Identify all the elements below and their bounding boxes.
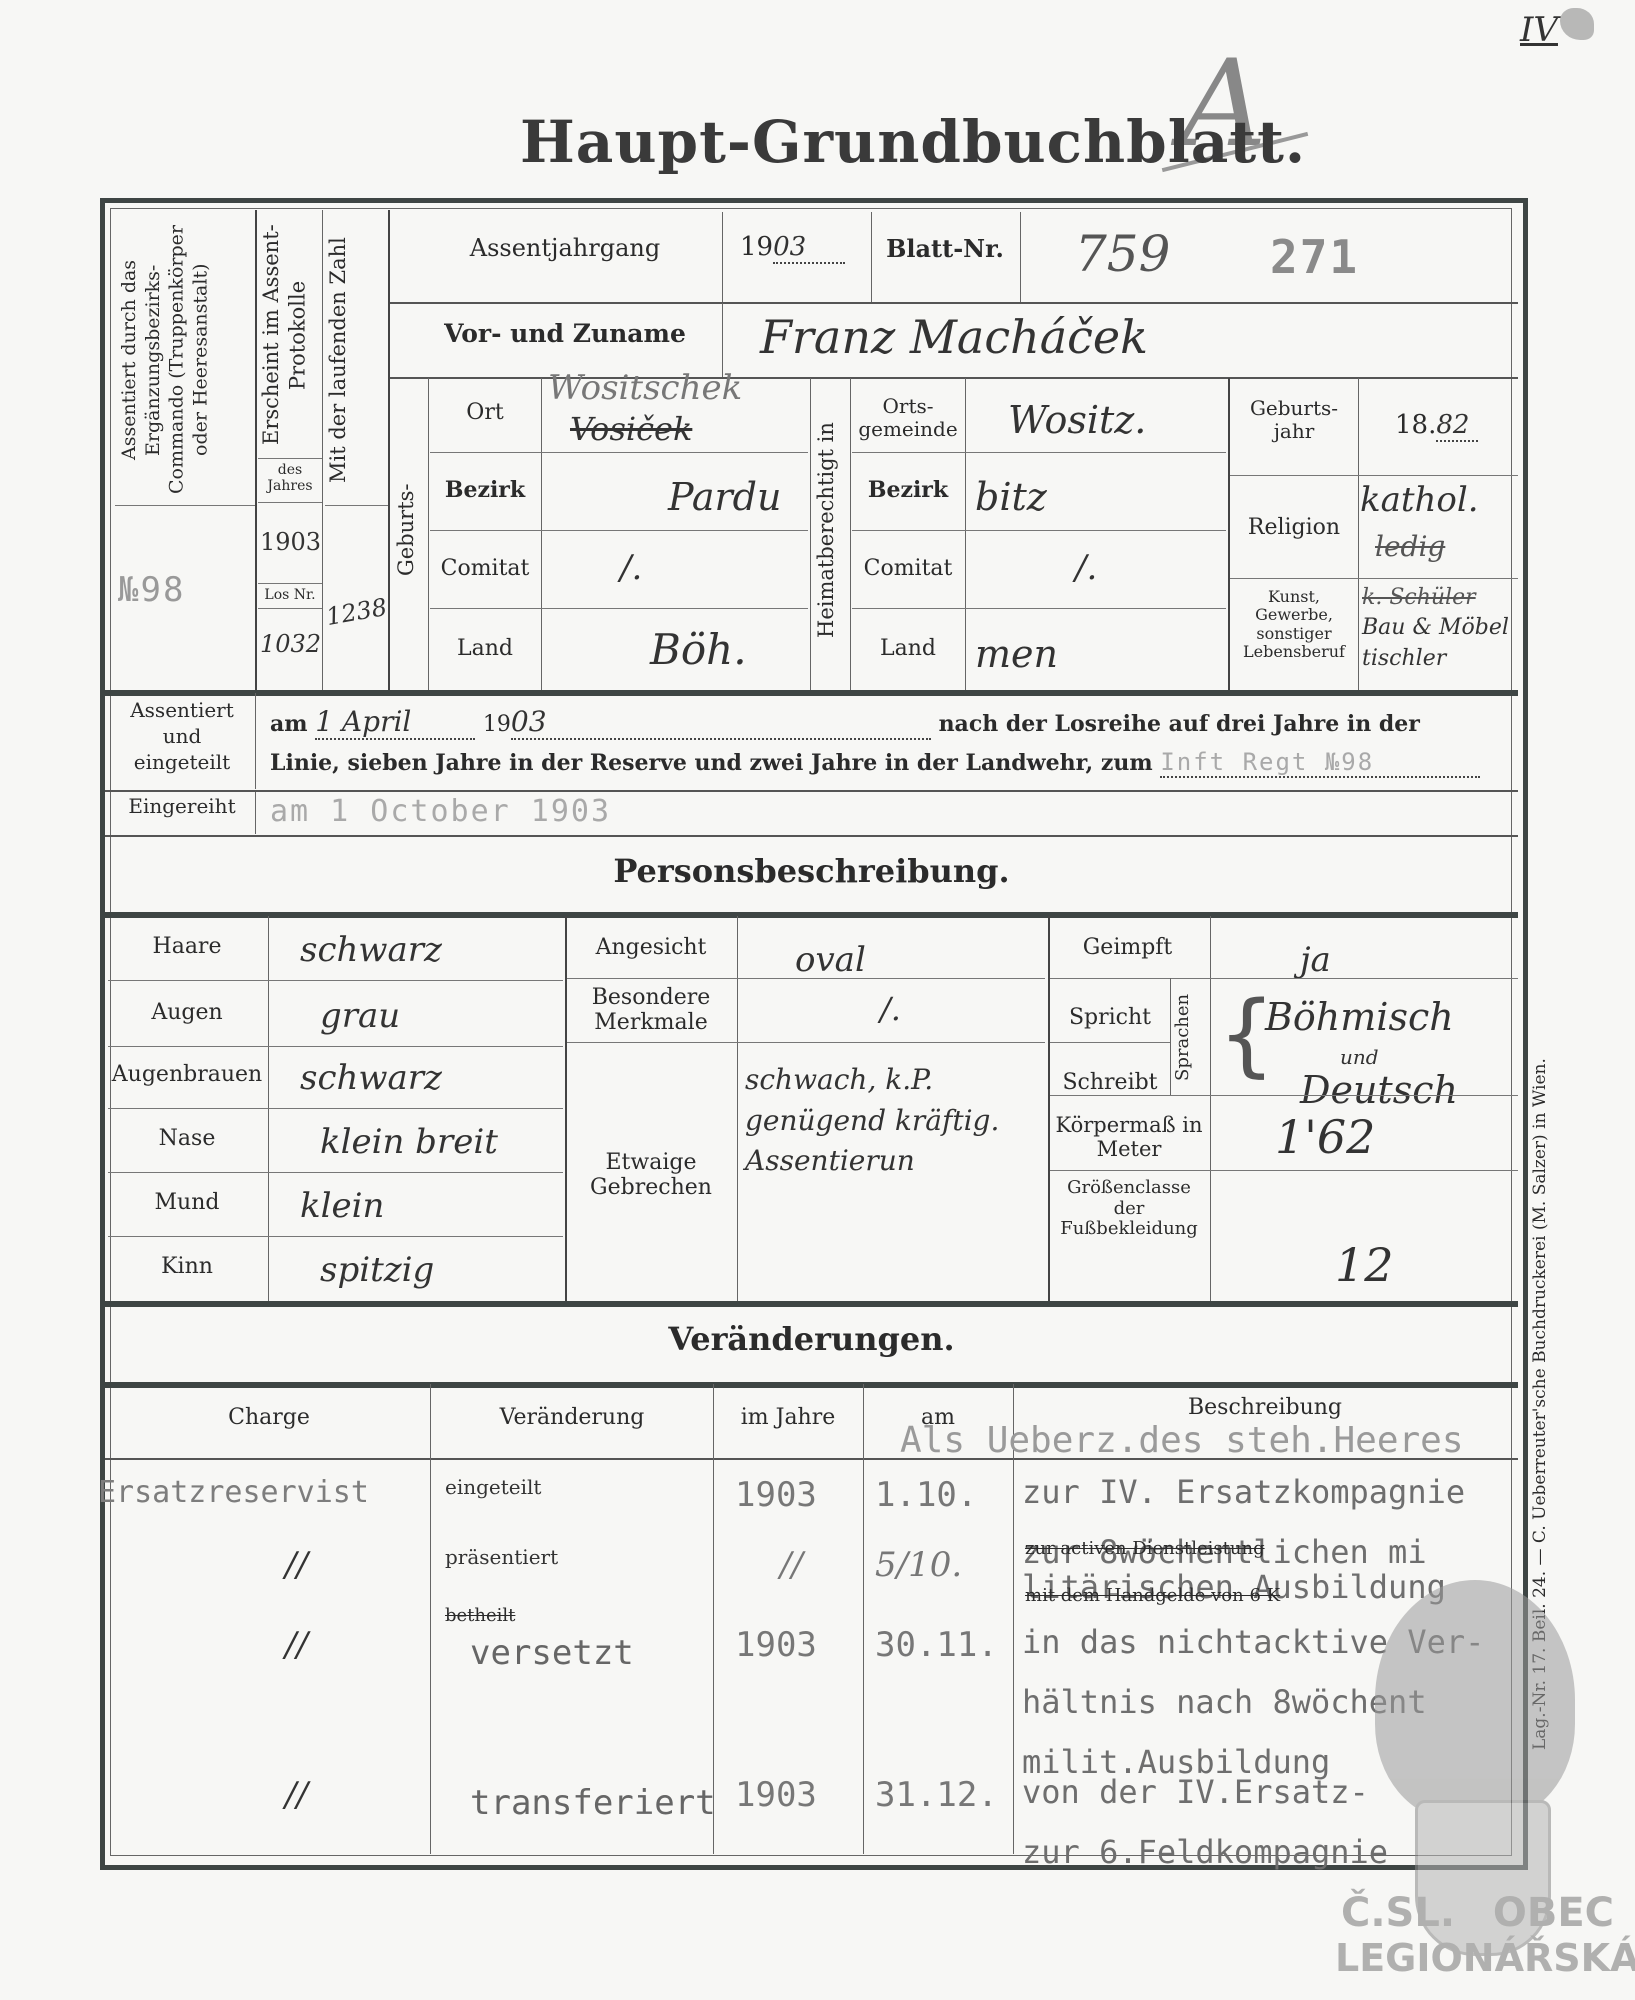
schreibt-connector: und [1340,1045,1379,1069]
change-year: // [780,1545,803,1585]
beruf-label: Kunst, Gewerbe, sonstiger Lebensberuf [1232,588,1356,662]
year-prefix: 19 [740,232,773,262]
year-suffix: 03 [773,232,845,264]
feature-value: schwarz [300,1058,442,1098]
change-year: 1903 [735,1475,817,1515]
change-charge: // [285,1625,308,1665]
changes-header-2: im Jahre [715,1405,861,1430]
geimpft-value: ja [1300,940,1331,980]
changes-title: Veränderungen. [105,1320,1518,1358]
birth-comitat-value: /. [620,548,642,588]
page-title: Haupt-Grundbuchblatt. [520,108,1306,176]
corner-smudge [1560,8,1594,40]
beruf-value: Bau & Möbel tischler [1362,613,1512,675]
change-desc-line: zur 6.Feldkompagnie [1022,1833,1388,1871]
eingereiht-label: Eingereiht [112,795,252,818]
feature-value: klein breit [320,1122,498,1162]
feature-label: Kinn [108,1254,266,1279]
change-type-struck: betheilt [445,1605,515,1626]
los-nr-value: 1032 [260,630,321,658]
change-year: 1903 [735,1775,817,1815]
geburtsjahr-value: 18.82 [1395,410,1478,442]
unit-stamp: Inft Regt №98 [1160,748,1480,778]
fussbekleidung-value: 12 [1335,1238,1394,1292]
feature-label: Haare [108,934,266,959]
assent-text-2: Linie, sieben Jahre in der Reserve und z… [270,750,1153,776]
geburtsjahr-label: Geburts-jahr [1232,397,1356,443]
change-date: 30.11. [875,1625,998,1665]
change-charge: // [285,1775,308,1815]
blatt-nr-label: Blatt-Nr. [875,235,1015,263]
recruit-district-stamp: №98 [118,570,185,610]
los-nr-label: Los Nr. [258,587,322,603]
birth-year-prefix: 18 [1395,410,1428,440]
birth-land-label: Land [430,636,540,661]
heimat-group-label: Heimatberechtigt in [813,385,847,675]
change-type: transferiert [470,1783,716,1823]
feature-label: Augen [108,1000,266,1025]
feature-label: Mund [108,1190,266,1215]
assentiert-line2: Linie, sieben Jahre in der Reserve und z… [270,748,1480,778]
home-ortsgemeinde-label: Orts-gemeinde [852,395,964,441]
birth-bezirk-label: Bezirk [430,478,540,503]
fussbekleidung-label: Größenclasse der Fußbekleidung [1050,1178,1208,1240]
feature-value: klein [300,1186,384,1226]
watermark-logo: Č.SL. OBEC LEGIONÁŘSKÁ [1335,1570,1620,1970]
home-comitat-label: Comitat [852,556,964,581]
corner-mark: IV [1520,10,1558,50]
assent-protocol-header: Erscheint im Assent-Protokolle [258,215,320,455]
personal-description-title: Personsbeschreibung. [105,852,1518,890]
birth-ort-value-above: Wositschek [548,368,742,408]
assentiert-durch-header: Assentiert durch das Ergänzungsbezirks-C… [118,215,250,505]
changes-header-4: Beschreibung [1015,1395,1515,1420]
change-desc-struck: mit dem Handgelde von 6 K [1025,1585,1280,1606]
change-desc-line: zur IV. Ersatzkompagnie [1022,1473,1465,1511]
religion-struck: ledig [1375,530,1445,563]
changes-header-stamp: Als Ueberz.des steh.Heeres [900,1420,1464,1461]
change-year: 1903 [735,1625,817,1665]
change-type: versetzt [470,1633,634,1673]
home-land-label: Land [852,636,964,661]
sprachen-label: Sprachen [1172,985,1208,1090]
change-charge: Ersatzreservist [98,1475,369,1510]
des-jahres-label: des Jahres [258,462,322,494]
protocol-year-value: 1903 [260,528,321,556]
watermark-line1-left: Č.SL. [1341,1890,1455,1936]
feature-label: Augenbrauen [108,1062,266,1087]
schreibt-label: Schreibt [1050,1070,1170,1095]
assentjahrgang-value: 1903 [740,232,845,264]
changes-header-1: Veränderung [432,1405,712,1430]
geimpft-label: Geimpft [1050,935,1205,960]
geburts-group-label: Geburts- [393,470,425,590]
watermark-line2: LEGIONÁŘSKÁ [1335,1936,1620,1980]
birth-land-value: Böh. [650,625,747,674]
change-desc-struck: zur activen Dienstleistung [1025,1538,1265,1559]
birth-bezirk-value: Pardu [668,475,781,519]
change-desc-line: von der IV.Ersatz- [1022,1773,1369,1811]
assentiert-label: Assentiert und eingeteilt [112,697,252,775]
assent-date-value: 1 April [315,705,475,740]
name-value: Franz Macháček [760,310,1148,364]
religion-label: Religion [1232,515,1356,540]
birth-year-suffix: 82 [1436,410,1478,442]
watermark-helmet-icon [1375,1580,1575,1820]
home-bezirk-label: Bezirk [852,478,964,503]
change-charge: // [285,1545,308,1585]
assent-year-suffix: 03 [511,705,931,740]
birth-ort-label: Ort [430,400,540,425]
feature-label: Nase [108,1126,266,1151]
spricht-label: Spricht [1050,1005,1170,1030]
eingereiht-value: am 1 October 1903 [270,794,611,829]
assentjahrgang-label: Assentjahrgang [400,235,730,263]
assent-text-1: nach der Losreihe auf drei Jahre in der [939,711,1420,737]
koerpermass-value: 1'62 [1275,1110,1375,1164]
home-comitat-value: /. [1075,548,1097,588]
merkmale-label: Besondere Merkmale [567,985,735,1036]
angesicht-label: Angesicht [567,935,735,960]
blatt-nr-handwritten: 759 [1075,225,1170,283]
home-bezirk-value: bitz [975,475,1047,519]
laufende-zahl-header: Mit der laufenden Zahl [325,215,385,505]
merkmale-value: /. [880,990,901,1028]
angesicht-value: oval [795,940,866,980]
change-date: 1.10. [875,1475,977,1515]
change-date: 31.12. [875,1775,998,1815]
gebrechen-value: schwach, k.P. genügend kräftig. Assentie… [745,1060,1045,1182]
change-type: präsentiert [445,1545,558,1569]
koerpermass-label: Körpermaß in Meter [1050,1113,1208,1161]
schreibt-value: Deutsch [1300,1068,1458,1112]
beruf-struck: k. Schüler [1362,585,1476,610]
feature-value: grau [320,996,400,1036]
blatt-nr-stamp: 271 [1270,230,1359,284]
change-type: eingeteilt [445,1475,541,1499]
spricht-value: Böhmisch [1265,995,1454,1039]
changes-header-0: Charge [108,1405,430,1430]
feature-value: spitzig [320,1250,434,1290]
change-date: 5/10. [875,1545,962,1585]
assentiert-line1: am 1 April 1903 nach der Losreihe auf dr… [270,705,1510,740]
assent-year-prefix: 19 [483,712,511,737]
name-label: Vor- und Zuname [400,320,730,349]
birth-ort-value: Vosiček [570,410,692,448]
watermark-line1-right: OBEC [1493,1890,1614,1936]
home-ortsgemeinde-value: Wositz. [1008,398,1146,442]
gebrechen-label: Etwaige Gebrechen [567,1150,735,1201]
religion-value: kathol. [1360,480,1479,520]
home-land-value: men [975,632,1058,676]
feature-value: schwarz [300,930,442,970]
birth-comitat-label: Comitat [430,556,540,581]
am-label: am [270,711,308,737]
